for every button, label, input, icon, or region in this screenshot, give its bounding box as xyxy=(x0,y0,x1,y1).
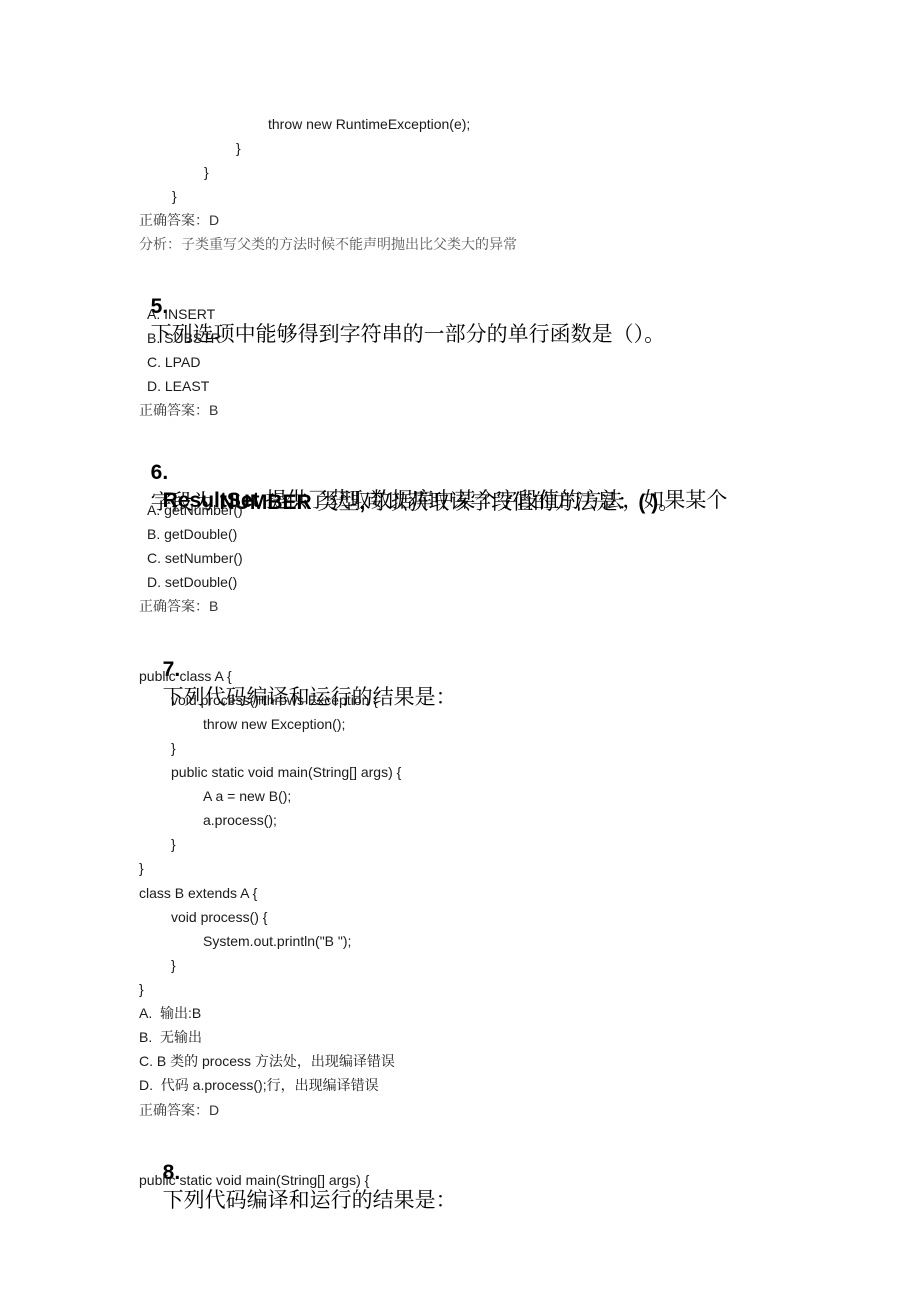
code-line: System.out.println("B "); xyxy=(203,932,351,950)
code-line: public static void main(String[] args) { xyxy=(139,1171,369,1189)
code-line: throw new RuntimeException(e); xyxy=(268,115,470,133)
option: C. B 类的 process 方法处，出现编译错误 xyxy=(139,1052,395,1070)
question-text: 下列代码编译和运行的结果是： xyxy=(163,1189,457,1212)
code-line: } xyxy=(171,956,176,974)
code-line: void process() throws Exception { xyxy=(171,691,378,709)
code-line: } xyxy=(204,163,209,181)
option: B. 无输出 xyxy=(139,1028,202,1046)
option: A. INSERT xyxy=(147,305,215,323)
question-text: 类型 xyxy=(312,491,360,514)
option: D. setDouble() xyxy=(147,573,237,591)
code-line: } xyxy=(172,187,177,205)
code-line: } xyxy=(171,739,176,757)
code-line: } xyxy=(171,835,176,853)
question-blank: ( ) xyxy=(638,491,658,514)
option: A. 输出:B xyxy=(139,1004,201,1022)
answer-text: 正确答案：B xyxy=(139,597,218,615)
option: D. LEAST xyxy=(147,377,209,395)
code-line: void process() { xyxy=(171,908,267,926)
answer-text: 正确答案：D xyxy=(139,211,219,229)
question-text: 下列选项中能够得到字符串的一部分的单行函数是（）。 xyxy=(151,323,666,346)
code-line: A a = new B(); xyxy=(203,787,291,805)
code-line: } xyxy=(236,139,241,157)
code-line: class B extends A { xyxy=(139,884,257,902)
option: B. SUBSTR xyxy=(147,329,221,347)
option: C. LPAD xyxy=(147,353,200,371)
answer-text: 正确答案：D xyxy=(139,1101,219,1119)
option: C. setNumber() xyxy=(147,549,243,567)
option: B. getDouble() xyxy=(147,525,237,543)
code-line: public static void main(String[] args) { xyxy=(171,763,401,781)
code-line: } xyxy=(139,859,144,877)
option: D. 代码 a.process();行，出现编译错误 xyxy=(139,1076,379,1094)
code-line: public class A { xyxy=(139,667,232,685)
option: A. getNumber() xyxy=(147,501,243,519)
code-line: a.process(); xyxy=(203,811,277,829)
code-line: throw new Exception(); xyxy=(203,715,345,733)
question-text: 可以获取该字段值的方法是： xyxy=(365,491,638,514)
analysis-text: 分析：子类重写父类的方法时候不能声明抛出比父类大的异常 xyxy=(139,235,517,253)
question-text: 。 xyxy=(658,491,679,514)
code-line: } xyxy=(139,980,144,998)
answer-text: 正确答案：B xyxy=(139,401,218,419)
